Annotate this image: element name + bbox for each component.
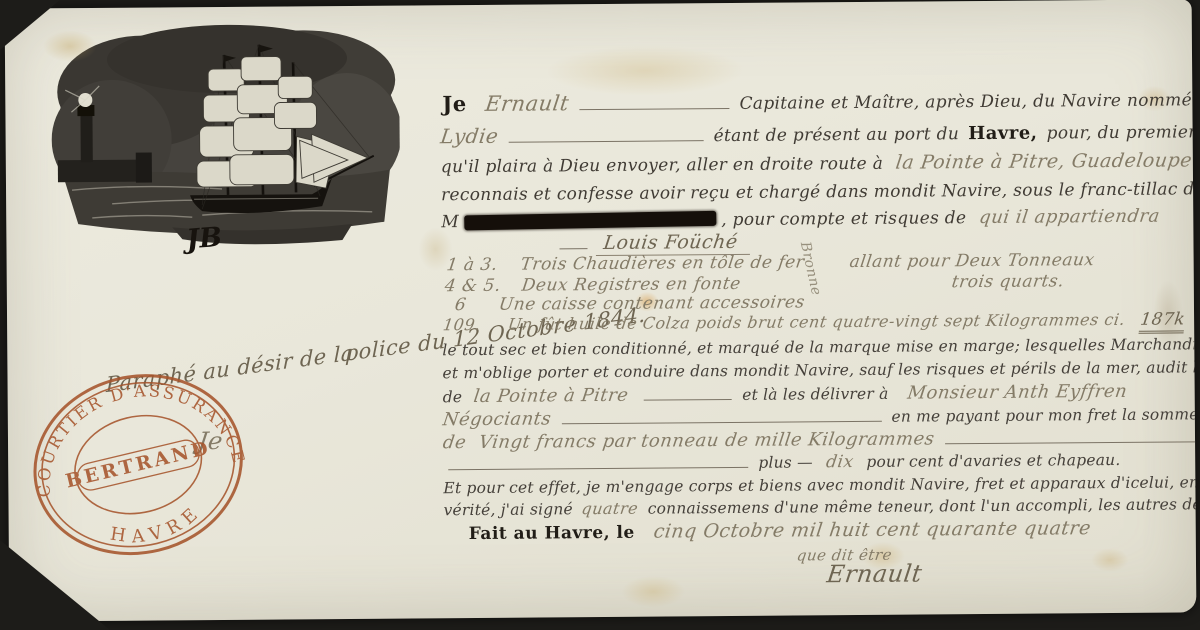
ship-name: Lydie	[439, 124, 500, 148]
opening-line-5: M , pour compte et risques de qui il app…	[441, 206, 1160, 233]
freight-de: de	[442, 432, 468, 453]
scanned-bill-of-lading: { "stamp": { "top_arc": "COURTIER D'ASSU…	[0, 0, 1200, 630]
closing-text-2a: vérité, j'ai signé	[443, 500, 572, 519]
closing-text-1: Et pour cet effet, je m'engage corps et …	[443, 472, 1196, 497]
stain	[621, 575, 685, 608]
copies-count: quatre	[581, 499, 640, 518]
opening-text-4: reconnais et confesse avoir reçu et char…	[441, 178, 1196, 205]
printed-rule	[561, 410, 881, 424]
opening-line-1: Je Ernault Capitaine et Maître, après Di…	[442, 85, 1192, 116]
negociant-label: Négociants	[441, 408, 552, 430]
conditions-line-4: Négociants en me payant pour mon fret la…	[443, 403, 1197, 430]
redaction-bar	[464, 211, 716, 231]
delivery-place: la Pointe à Pitre	[472, 385, 629, 407]
cargo-desc: Une caisse contenant accessoires	[498, 292, 807, 314]
printed-je: Je	[442, 91, 466, 116]
captain-name: Ernault	[484, 91, 571, 116]
stamp-top-arc-text: COURTIER D'ASSURANCES.	[7, 344, 249, 515]
avaries-value: dix	[825, 452, 855, 472]
dateline: Fait au Havre, le cinq Octobre mil huit …	[469, 517, 1091, 544]
freight-terms: Vingt francs par tonneau de mille Kilogr…	[478, 428, 936, 453]
conditions-line-6: plus — dix pour cent d'avaries et chapea…	[443, 450, 1120, 475]
svg-text:COURTIER D'ASSURANCES.: COURTIER D'ASSURANCES.	[7, 344, 249, 515]
insurance-broker-stamp: COURTIER D'ASSURANCES. HAVRE BERTRAND	[7, 344, 270, 585]
opening-text-2b: pour, du premier temps	[1047, 122, 1197, 144]
conditions-text-3a: de	[443, 388, 463, 406]
stain	[1091, 548, 1129, 572]
printed-rule	[579, 98, 729, 111]
printed-rule	[644, 389, 732, 401]
consignee-name: Monsieur Anth Eyffren	[906, 381, 1128, 404]
cargo-no: 6	[454, 295, 468, 315]
cargo-no: 1 à 3.	[445, 255, 499, 275]
opening-text-5: , pour compte et risques de	[721, 208, 966, 230]
conditions-line-2: et m'oblige porter et conduire dans mond…	[442, 357, 1196, 382]
plus-label: plus —	[758, 453, 813, 471]
conditions-text-2: et m'oblige porter et conduire dans mond…	[442, 358, 1196, 382]
printed-rule	[945, 431, 1197, 444]
closing-text-2b: connaissemens d'une même teneur, dont l'…	[648, 494, 1197, 517]
cargo-no: 4 & 5.	[443, 276, 502, 296]
cargo-desc: Trois Chaudières en tôle de fer	[519, 252, 805, 274]
opening-text-3: qu'il plaira à Dieu envoyer, aller en dr…	[441, 154, 883, 177]
opening-line-3: qu'il plaira à Dieu envoyer, aller en dr…	[441, 149, 1193, 177]
printed-rule	[448, 456, 748, 470]
printed-havre: Havre,	[968, 123, 1038, 145]
cargo-note: allant pour Deux Tonneaux	[848, 250, 1096, 272]
cargo-note: trois quarts.	[951, 271, 1066, 292]
opening-text-2a: étant de présent au port du	[714, 124, 960, 146]
signature-line: Ernault	[827, 559, 922, 588]
risk-party: qui il appartiendra	[978, 206, 1161, 228]
paper-sheet: JB Paraphé au désir de la police du 12 O…	[5, 0, 1197, 622]
conditions-text-3b: et là les délivrer à	[742, 385, 889, 404]
cargo-weight: 187k	[1138, 309, 1186, 333]
conditions-text-6b: pour cent d'avaries et chapeau.	[866, 451, 1120, 471]
printed-rule	[508, 130, 703, 143]
svg-text:HAVRE: HAVRE	[103, 498, 211, 556]
opening-text-1: Capitaine et Maître, après Dieu, du Navi…	[739, 90, 1192, 114]
closing-line-2: vérité, j'ai signé quatre connaissemens …	[443, 493, 1196, 519]
conditions-line-5: de Vingt francs par tonneau de mille Kil…	[443, 426, 1196, 453]
handwritten-date: cinq Octobre mil huit cent quarante quat…	[652, 517, 1092, 542]
stamp-bottom-arc-text: HAVRE	[103, 498, 211, 556]
captain-signature: Ernault	[825, 559, 924, 588]
printed-m: M	[441, 212, 459, 232]
conditions-text-4b: en me payant pour mon fret la somme	[891, 405, 1196, 425]
cargo-no: 109.	[442, 315, 482, 334]
opening-line-4: reconnais et confesse avoir reçu et char…	[441, 178, 1196, 205]
cargo-row-3: 6 Une caisse contenant accessoires	[455, 292, 805, 315]
closing-line-1: Et pour cet effet, je m'engage corps et …	[443, 471, 1196, 497]
cargo-desc: Un fût huile de Colza poids brut cent qu…	[507, 310, 1127, 334]
printed-rule	[559, 238, 587, 250]
fait-au-havre-label: Fait au Havre, le	[469, 523, 635, 544]
opening-line-2: Lydie étant de présent au port du Havre,…	[441, 118, 1197, 148]
jb-monogram: JB	[185, 222, 223, 256]
ship-engraving	[51, 18, 401, 263]
destination: la Pointe à Pitre, Guadeloupe	[895, 149, 1194, 173]
conditions-line-3: de la Pointe à Pitre et là les délivrer …	[443, 381, 1128, 407]
stamp-name-text: BERTRAND	[63, 437, 213, 493]
